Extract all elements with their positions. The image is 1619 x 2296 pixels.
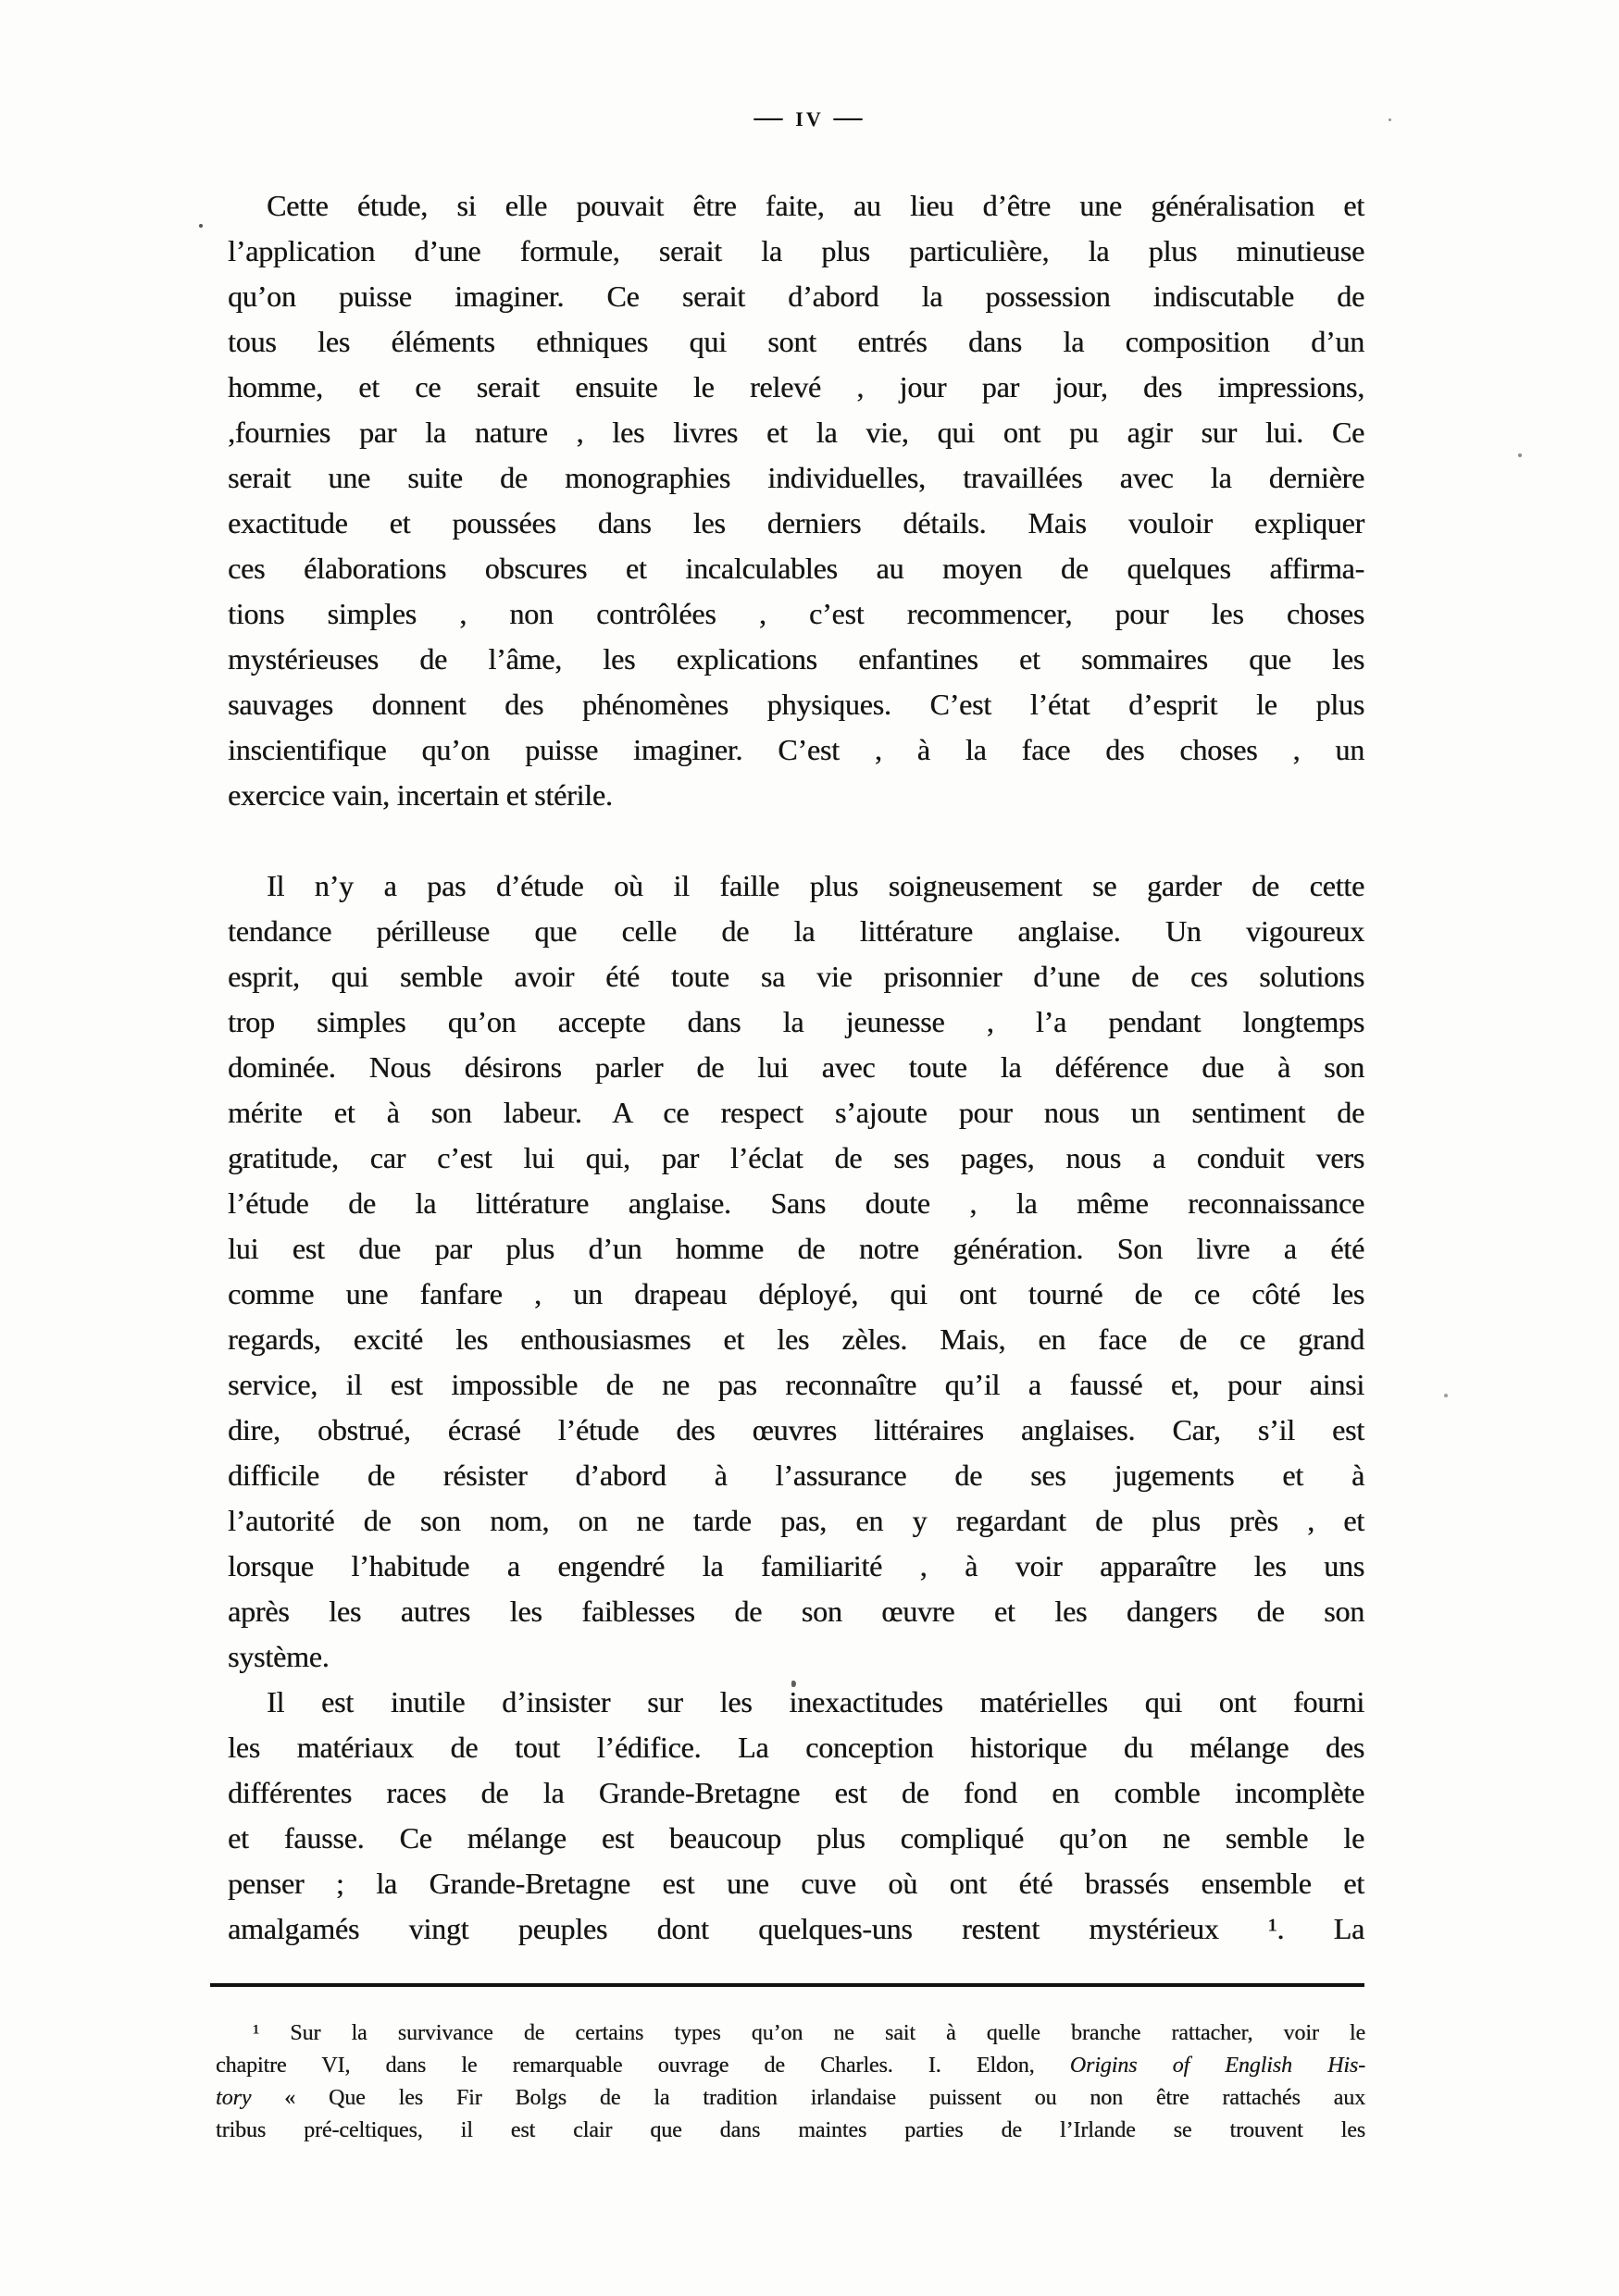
paragraph-1: Cette étude, si elle pouvait être faite,… xyxy=(228,183,1364,818)
text-line: après les autres les faiblesses de son œ… xyxy=(228,1589,1364,1634)
text-line: Il n’y a pas d’étude où il faille plus s… xyxy=(228,863,1364,909)
text-line: mystérieuses de l’âme, les explications … xyxy=(228,637,1364,682)
page-number-header: — iv — xyxy=(0,100,1619,133)
text-line: tous les éléments ethniques qui sont ent… xyxy=(228,319,1364,365)
text-line: gratitude, car c’est lui qui, par l’écla… xyxy=(228,1136,1364,1181)
scan-speck xyxy=(199,224,203,228)
text-line: tendance périlleuse que celle de la litt… xyxy=(228,909,1364,954)
text-line: l’application d’une formule, serait la p… xyxy=(228,229,1364,274)
scan-speck xyxy=(1444,1394,1448,1397)
scan-speck xyxy=(1300,1703,1303,1706)
scan-speck xyxy=(791,1681,796,1687)
text-line: comme une fanfare , un drapeau déployé, … xyxy=(228,1272,1364,1317)
text-line: l’autorité de son nom, on ne tarde pas, … xyxy=(228,1498,1364,1544)
text-line: ces élaborations obscures et incalculabl… xyxy=(228,546,1364,591)
scan-speck xyxy=(1389,118,1391,121)
footnote-line: tribus pré-celtiques, il est clair que d… xyxy=(216,2115,1365,2147)
text-line: dire, obstrué, écrasé l’étude des œuvres… xyxy=(228,1408,1364,1453)
footnote-line: chapitre VI, dans le remarquable ouvrage… xyxy=(216,2050,1365,2082)
paragraph-3: Il est inutile d’insister sur les inexac… xyxy=(228,1680,1364,1952)
footnote-text: « Que les Fir Bolgs de la tradition irla… xyxy=(251,2086,1365,2110)
footnote-italic-text: tory xyxy=(216,2086,251,2110)
text-line: lui est due par plus d’un homme de notre… xyxy=(228,1226,1364,1272)
text-line: regards, excité les enthousiasmes et les… xyxy=(228,1317,1364,1362)
footnote-text: tribus pré-celtiques, il est clair que d… xyxy=(216,2118,1365,2142)
paragraph-2: Il n’y a pas d’étude où il faille plus s… xyxy=(228,863,1364,1680)
text-line: amalgamés vingt peuples dont quelques-un… xyxy=(228,1906,1364,1952)
scan-speck xyxy=(1518,453,1522,457)
text-line: et fausse. Ce mélange est beaucoup plus … xyxy=(228,1816,1364,1861)
text-line: lorsque l’habitude a engendré la familia… xyxy=(228,1544,1364,1589)
text-line: difficile de résister d’abord à l’assura… xyxy=(228,1453,1364,1498)
text-line: l’étude de la littérature anglaise. Sans… xyxy=(228,1181,1364,1226)
text-line: mérite et à son labeur. A ce respect s’a… xyxy=(228,1090,1364,1136)
text-line: qu’on puisse imaginer. Ce serait d’abord… xyxy=(228,274,1364,319)
footnote-text: ¹ Sur la survivance de certains types qu… xyxy=(253,2021,1365,2045)
text-line: penser ; la Grande-Bretagne est une cuve… xyxy=(228,1861,1364,1906)
text-line: serait une suite de monographies individ… xyxy=(228,455,1364,501)
book-page: — iv — Cette étude, si elle pouvait être… xyxy=(0,0,1619,2296)
text-line: sauvages donnent des phénomènes physique… xyxy=(228,682,1364,727)
text-line: ,fournies par la nature , les livres et … xyxy=(228,410,1364,455)
footnote-separator-rule xyxy=(210,1983,1364,1987)
footnote: ¹ Sur la survivance de certains types qu… xyxy=(216,2017,1365,2147)
text-line: exactitude et poussées dans les derniers… xyxy=(228,501,1364,546)
text-line: inscientifique qu’on puisse imaginer. C’… xyxy=(228,727,1364,773)
footnote-italic-text: Origins of English His- xyxy=(1070,2054,1365,2078)
text-line: Il est inutile d’insister sur les inexac… xyxy=(228,1680,1364,1725)
footnote-line: tory « Que les Fir Bolgs de la tradition… xyxy=(216,2082,1365,2115)
text-line: exercice vain, incertain et stérile. xyxy=(228,773,1364,818)
text-line: tions simples , non contrôlées , c’est r… xyxy=(228,591,1364,637)
footnote-text: chapitre VI, dans le remarquable ouvrage… xyxy=(216,2054,1070,2078)
text-line: système. xyxy=(228,1634,1364,1680)
text-line: service, il est impossible de ne pas rec… xyxy=(228,1362,1364,1408)
text-line: esprit, qui semble avoir été toute sa vi… xyxy=(228,954,1364,999)
footnote-line: ¹ Sur la survivance de certains types qu… xyxy=(216,2017,1365,2050)
text-line: trop simples qu’on accepte dans la jeune… xyxy=(228,999,1364,1045)
text-line: dominée. Nous désirons parler de lui ave… xyxy=(228,1045,1364,1090)
text-line: les matériaux de tout l’édifice. La conc… xyxy=(228,1725,1364,1770)
text-line: homme, et ce serait ensuite le relevé , … xyxy=(228,365,1364,410)
text-line: Cette étude, si elle pouvait être faite,… xyxy=(228,183,1364,229)
body-text: Cette étude, si elle pouvait être faite,… xyxy=(228,183,1364,1952)
text-line: différentes races de la Grande-Bretagne … xyxy=(228,1770,1364,1816)
